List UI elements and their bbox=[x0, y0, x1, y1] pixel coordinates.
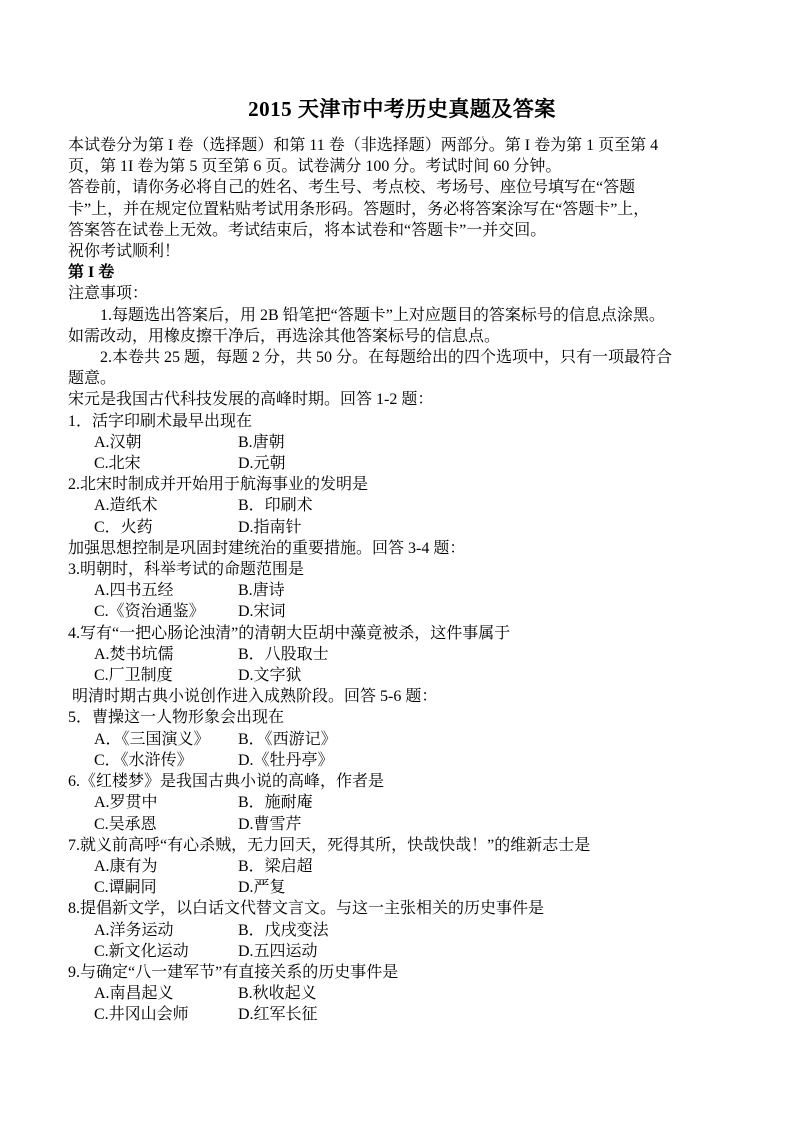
option-row-cd: C.谭嗣同D.严复 bbox=[68, 877, 736, 898]
question-stem: 3.明朝时，科举考试的命题范围是 bbox=[68, 559, 736, 580]
question-block: 5．曹操这一人物形象会出现在 A．《三国演义》B．《西游记》 C．《水浒传》D.… bbox=[68, 707, 736, 771]
option-b: B．《西游记》 bbox=[238, 731, 337, 748]
option-a: A.康有为 bbox=[94, 856, 222, 877]
option-c: C．火药 bbox=[94, 517, 222, 538]
option-row-ab: A.南昌起义B.秋收起义 bbox=[68, 983, 736, 1004]
question-stem: 9.与确定“八一建军节”有直接关系的历史事件是 bbox=[68, 962, 736, 983]
notes-list: 1.每题选出答案后，用 2B 铅笔把“答题卡”上对应题目的答案标号的信息点涂黑。… bbox=[68, 305, 736, 390]
option-row-cd: C．火药D.指南针 bbox=[68, 517, 736, 538]
intro-line: 答案答在试卷上无效。考试结束后，将本试卷和“答题卡”一并交回。 bbox=[68, 220, 736, 241]
option-c: C.北宋 bbox=[94, 453, 222, 474]
option-a: A.罗贯中 bbox=[94, 792, 222, 813]
option-b: B.唐诗 bbox=[238, 582, 285, 599]
page-title: 2015 天津市中考历史真题及答案 bbox=[68, 97, 736, 122]
option-d: D.严复 bbox=[238, 879, 286, 896]
option-row-cd: C.井冈山会师D.红军长征 bbox=[68, 1004, 736, 1025]
questions-area: 宋元是我国古代科技发展的高峰时期。回答 1-2 题： 1．活字印刷术最早出现在 … bbox=[68, 389, 736, 1025]
option-row-ab: A.康有为B．梁启超 bbox=[68, 856, 736, 877]
option-d: D.指南针 bbox=[238, 519, 302, 536]
option-a: A.四书五经 bbox=[94, 580, 222, 601]
option-b: B.唐朝 bbox=[238, 434, 285, 451]
option-row-cd: C.厂卫制度D.文字狱 bbox=[68, 665, 736, 686]
option-b: B．梁启超 bbox=[238, 858, 313, 875]
option-row-ab: A.洋务运动B．戊戌变法 bbox=[68, 920, 736, 941]
option-row-ab: A.汉朝B.唐朝 bbox=[68, 432, 736, 453]
question-stem: 2.北宋时制成并开始用于航海事业的发明是 bbox=[68, 474, 736, 495]
option-row-ab: A.四书五经B.唐诗 bbox=[68, 580, 736, 601]
question-block: 1．活字印刷术最早出现在 A.汉朝B.唐朝 C.北宋D.元朝 bbox=[68, 411, 736, 475]
option-d: D.《牡丹亭》 bbox=[238, 752, 334, 769]
option-row-cd: C．《水浒传》D.《牡丹亭》 bbox=[68, 750, 736, 771]
option-row-cd: C.《资治通鉴》D.宋词 bbox=[68, 601, 736, 622]
section-heading: 第 I 卷 bbox=[68, 262, 736, 283]
option-c: C.《资治通鉴》 bbox=[94, 601, 222, 622]
option-b: B．八股取士 bbox=[238, 646, 329, 663]
intro-paragraphs: 本试卷分为第 I 卷（选择题）和第 11 卷（非选择题）两部分。第 I 卷为第 … bbox=[68, 135, 736, 262]
option-row-cd: C.新文化运动D.五四运动 bbox=[68, 941, 736, 962]
note-line: 1.每题选出答案后，用 2B 铅笔把“答题卡”上对应题目的答案标号的信息点涂黑。 bbox=[68, 305, 736, 326]
note-line: 如需改动，用橡皮擦干净后，再选涂其他答案标号的信息点。 bbox=[68, 326, 736, 347]
exam-document-page: 2015 天津市中考历史真题及答案 本试卷分为第 I 卷（选择题）和第 11 卷… bbox=[0, 0, 794, 1123]
option-c: C.谭嗣同 bbox=[94, 877, 222, 898]
intro-line: 本试卷分为第 I 卷（选择题）和第 11 卷（非选择题）两部分。第 I 卷为第 … bbox=[68, 135, 736, 156]
option-a: A.南昌起义 bbox=[94, 983, 222, 1004]
question-block: 9.与确定“八一建军节”有直接关系的历史事件是 A.南昌起义B.秋收起义 C.井… bbox=[68, 962, 736, 1026]
group-questions: 3.明朝时，科举考试的命题范围是 A.四书五经B.唐诗 C.《资治通鉴》D.宋词… bbox=[68, 559, 736, 686]
option-c: C.吴承恩 bbox=[94, 814, 222, 835]
group-questions: 1．活字印刷术最早出现在 A.汉朝B.唐朝 C.北宋D.元朝 2.北宋时制成并开… bbox=[68, 411, 736, 538]
option-row-ab: A.焚书坑儒B．八股取士 bbox=[68, 644, 736, 665]
note-line: 题意。 bbox=[68, 368, 736, 389]
group-lead: 明清时期古典小说创作进入成熟阶段。回答 5-6 题： bbox=[68, 686, 736, 707]
question-stem: 7.就义前高呼“有心杀贼，无力回天，死得其所，快哉快哉！”的维新志士是 bbox=[68, 835, 736, 856]
option-c: C.新文化运动 bbox=[94, 941, 222, 962]
option-a: A．《三国演义》 bbox=[94, 729, 222, 750]
intro-line: 答卷前，请你务必将自己的姓名、考生号、考点校、考场号、座位号填写在“答题 bbox=[68, 177, 736, 198]
option-b: B．印刷术 bbox=[238, 497, 313, 514]
option-row-ab: A.罗贯中B．施耐庵 bbox=[68, 792, 736, 813]
question-group: 宋元是我国古代科技发展的高峰时期。回答 1-2 题： 1．活字印刷术最早出现在 … bbox=[68, 389, 736, 537]
option-a: A.造纸术 bbox=[94, 495, 222, 516]
intro-line: 祝你考试顺利！ bbox=[68, 241, 736, 262]
group-lead: 加强思想控制是巩固封建统治的重要措施。回答 3-4 题： bbox=[68, 538, 736, 559]
option-b: B．戊戌变法 bbox=[238, 922, 329, 939]
option-row-cd: C.北宋D.元朝 bbox=[68, 453, 736, 474]
question-block: 4.写有“一把心肠论浊清”的清朝大臣胡中藻竟被杀，这件事属于 A.焚书坑儒B．八… bbox=[68, 623, 736, 687]
option-d: D.五四运动 bbox=[238, 943, 318, 960]
question-group: 7.就义前高呼“有心杀贼，无力回天，死得其所，快哉快哉！”的维新志士是 A.康有… bbox=[68, 835, 736, 1026]
option-d: D.曹雪芹 bbox=[238, 816, 302, 833]
group-questions: 7.就义前高呼“有心杀贼，无力回天，死得其所，快哉快哉！”的维新志士是 A.康有… bbox=[68, 835, 736, 1026]
question-block: 7.就义前高呼“有心杀贼，无力回天，死得其所，快哉快哉！”的维新志士是 A.康有… bbox=[68, 835, 736, 899]
option-row-ab: A．《三国演义》B．《西游记》 bbox=[68, 729, 736, 750]
intro-line: 页，第 1I 卷为第 5 页至第 6 页。试卷满分 100 分。考试时间 60 … bbox=[68, 156, 736, 177]
option-b: B.秋收起义 bbox=[238, 985, 317, 1002]
question-stem: 6.《红楼梦》是我国古典小说的高峰，作者是 bbox=[68, 771, 736, 792]
question-block: 2.北宋时制成并开始用于航海事业的发明是 A.造纸术B．印刷术 C．火药D.指南… bbox=[68, 474, 736, 538]
group-lead: 宋元是我国古代科技发展的高峰时期。回答 1-2 题： bbox=[68, 389, 736, 410]
question-stem: 8.提倡新文学，以白话文代替文言文。与这一主张相关的历史事件是 bbox=[68, 898, 736, 919]
option-b: B．施耐庵 bbox=[238, 794, 313, 811]
question-block: 6.《红楼梦》是我国古典小说的高峰，作者是 A.罗贯中B．施耐庵 C.吴承恩D.… bbox=[68, 771, 736, 835]
option-a: A.汉朝 bbox=[94, 432, 222, 453]
question-group: 加强思想控制是巩固封建统治的重要措施。回答 3-4 题： 3.明朝时，科举考试的… bbox=[68, 538, 736, 686]
option-d: D.宋词 bbox=[238, 603, 286, 620]
option-c: C.厂卫制度 bbox=[94, 665, 222, 686]
option-d: D.文字狱 bbox=[238, 667, 302, 684]
question-block: 8.提倡新文学，以白话文代替文言文。与这一主张相关的历史事件是 A.洋务运动B．… bbox=[68, 898, 736, 962]
note-line: 2.本卷共 25 题，每题 2 分，共 50 分。在每题给出的四个选项中，只有一… bbox=[68, 347, 736, 368]
option-d: D.红军长征 bbox=[238, 1006, 318, 1023]
question-stem: 4.写有“一把心肠论浊清”的清朝大臣胡中藻竟被杀，这件事属于 bbox=[68, 623, 736, 644]
option-c: C.井冈山会师 bbox=[94, 1004, 222, 1025]
question-stem: 1．活字印刷术最早出现在 bbox=[68, 411, 736, 432]
option-row-cd: C.吴承恩D.曹雪芹 bbox=[68, 814, 736, 835]
intro-line: 卡”上，并在规定位置粘贴考试用条形码。答题时，务必将答案涂写在“答题卡”上， bbox=[68, 199, 736, 220]
question-group: 明清时期古典小说创作进入成熟阶段。回答 5-6 题： 5．曹操这一人物形象会出现… bbox=[68, 686, 736, 834]
question-stem: 5．曹操这一人物形象会出现在 bbox=[68, 707, 736, 728]
option-c: C．《水浒传》 bbox=[94, 750, 222, 771]
group-questions: 5．曹操这一人物形象会出现在 A．《三国演义》B．《西游记》 C．《水浒传》D.… bbox=[68, 707, 736, 834]
option-d: D.元朝 bbox=[238, 455, 286, 472]
option-a: A.洋务运动 bbox=[94, 920, 222, 941]
option-row-ab: A.造纸术B．印刷术 bbox=[68, 495, 736, 516]
question-block: 3.明朝时，科举考试的命题范围是 A.四书五经B.唐诗 C.《资治通鉴》D.宋词 bbox=[68, 559, 736, 623]
notes-title: 注意事项： bbox=[68, 283, 736, 304]
option-a: A.焚书坑儒 bbox=[94, 644, 222, 665]
